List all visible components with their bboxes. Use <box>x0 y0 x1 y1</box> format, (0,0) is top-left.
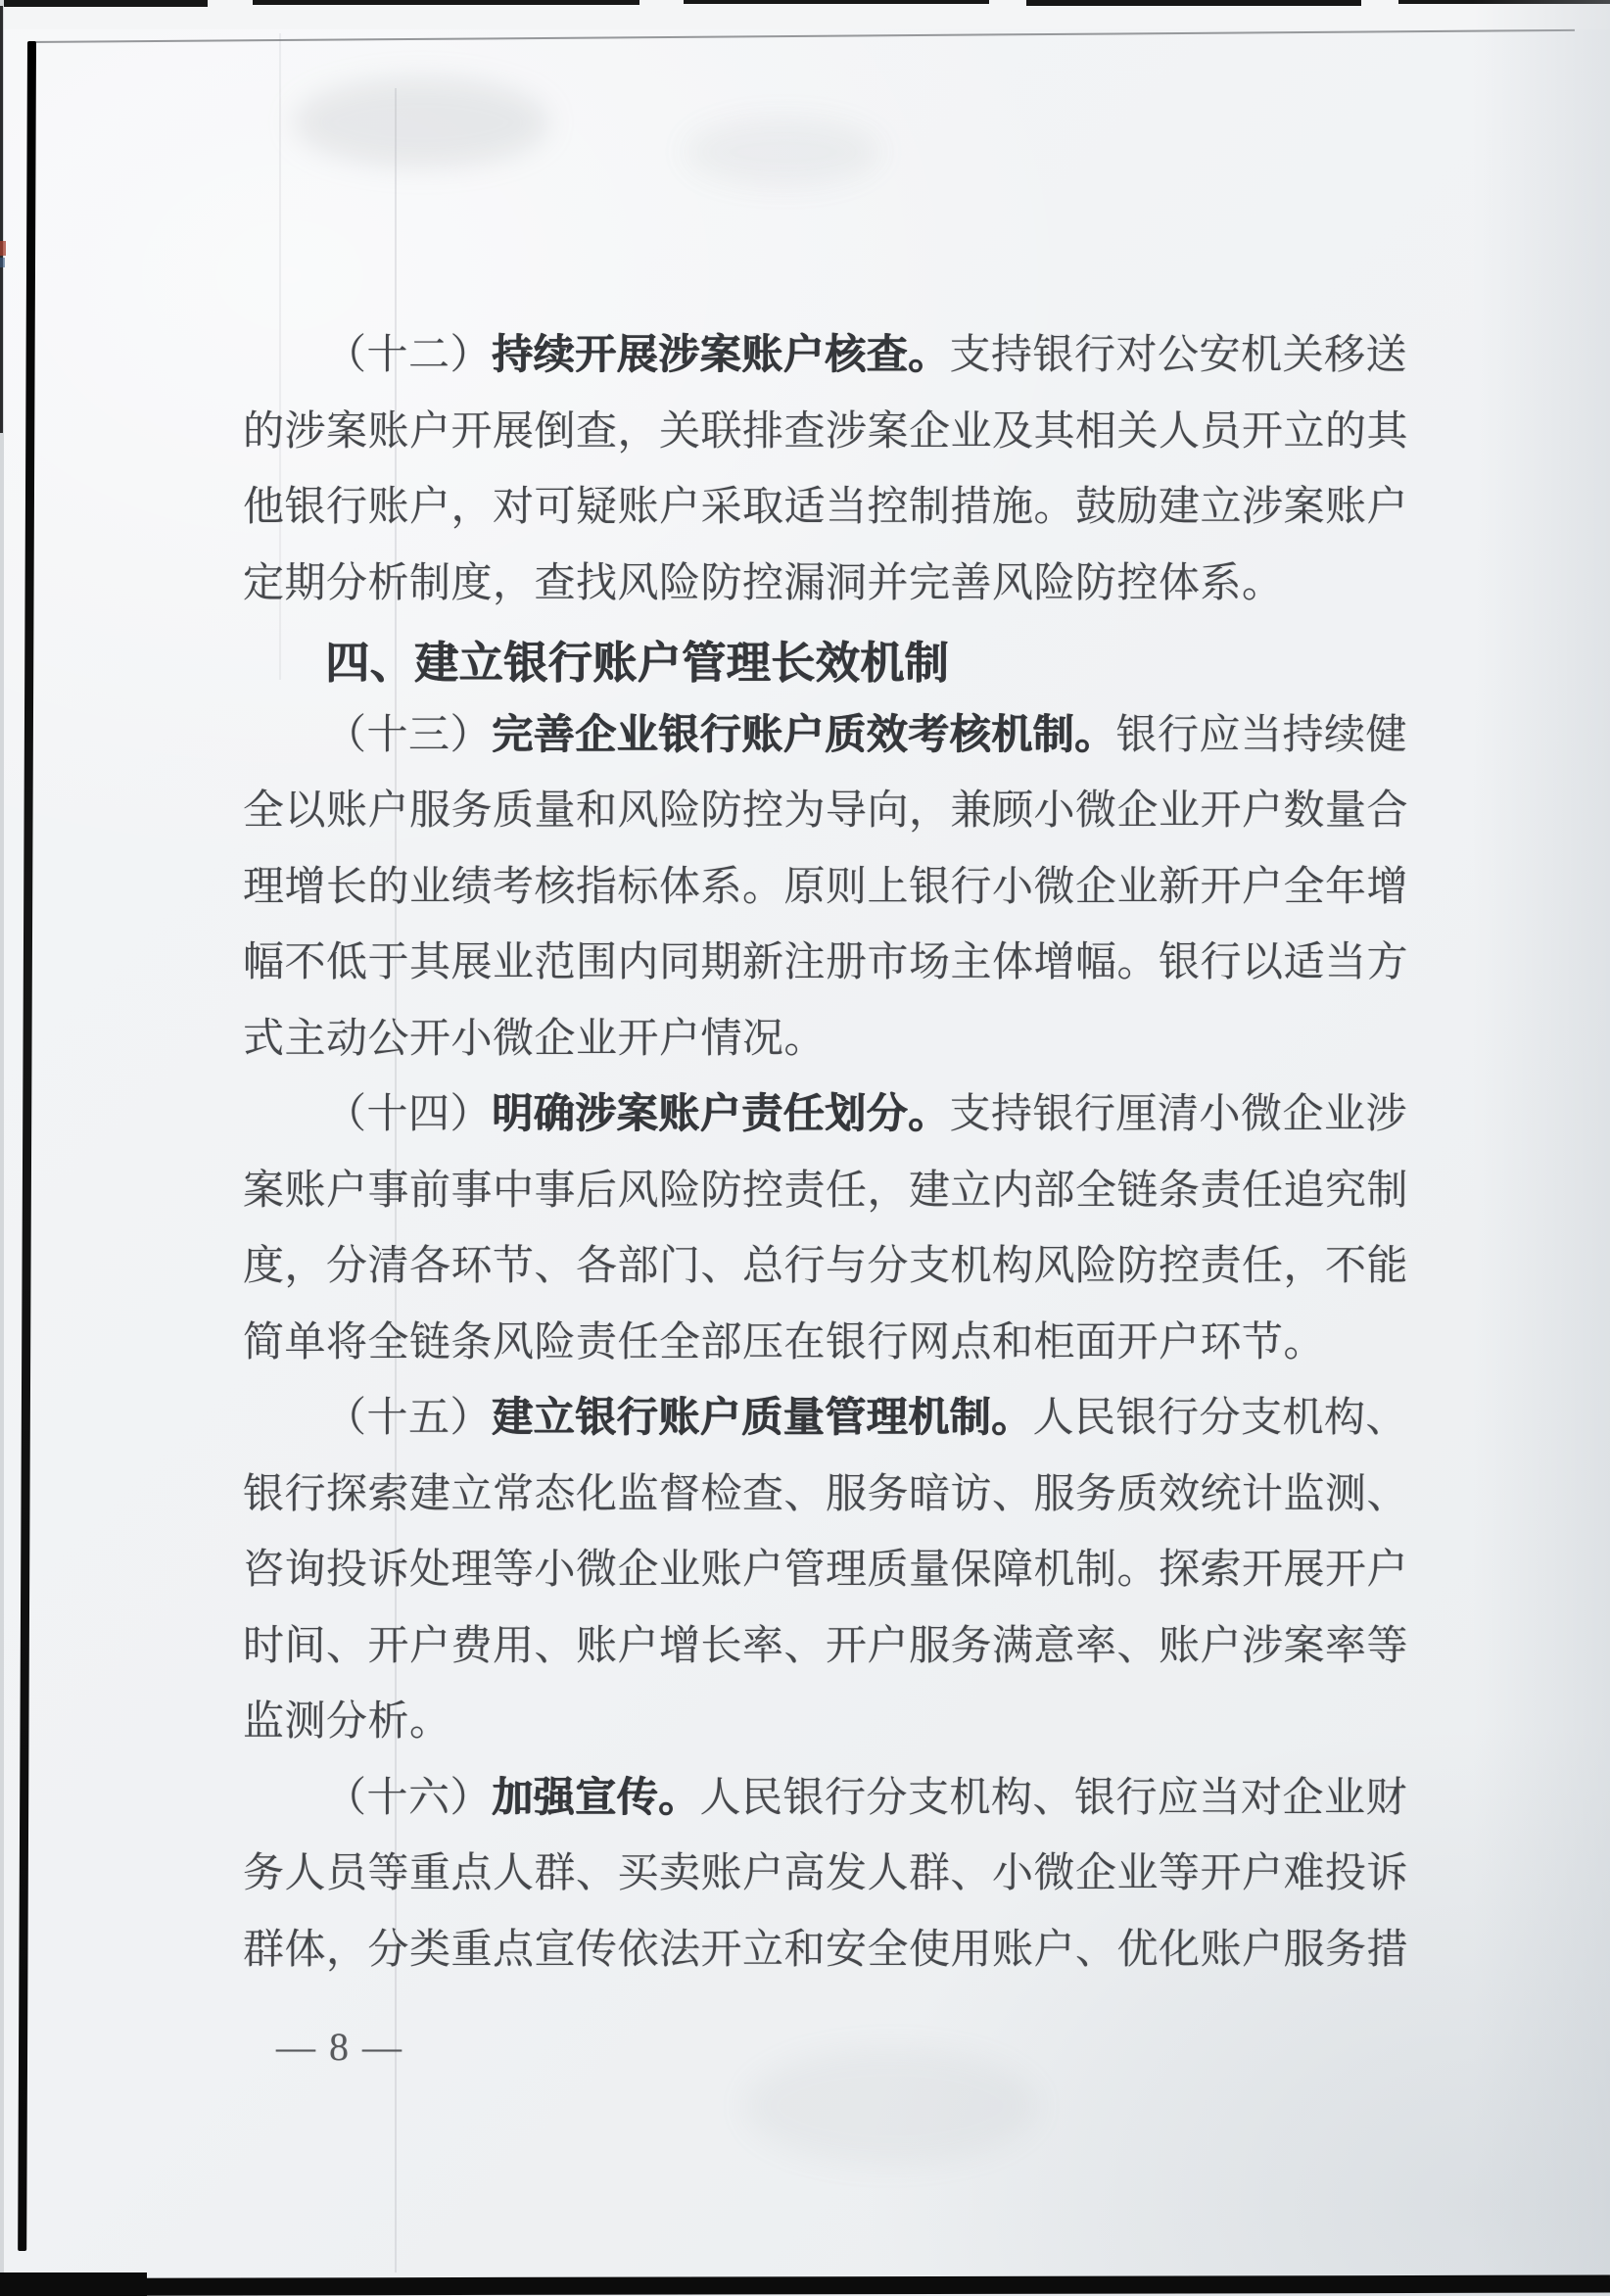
body-text: （十六） <box>325 1776 492 1821</box>
top-edge-mark <box>253 0 639 5</box>
body-text: 支持银行厘清小微企业涉 <box>950 1092 1408 1137</box>
body-text: 咨询投诉处理等小微企业账户管理质量保障机制。探索开展开户 <box>243 1548 1408 1593</box>
text-line: 银行探索建立常态化监督检查、服务暗访、服务质效统计监测、 <box>243 1472 1402 1549</box>
top-edge-mark <box>684 0 989 4</box>
document-page: （十二）持续开展涉案账户核查。支持银行对公安机关移送的涉案账户开展倒查，关联排查… <box>0 0 1610 2296</box>
text-line: （十五）建立银行账户质量管理机制。人民银行分支机构、 <box>243 1396 1402 1472</box>
top-edge-mark <box>0 0 208 7</box>
text-line: （十二）持续开展涉案账户核查。支持银行对公安机关移送 <box>243 333 1402 409</box>
body-text: 理增长的业绩考核指标体系。原则上银行小微企业新开户全年增 <box>243 865 1408 910</box>
left-edge-red-mark <box>0 241 6 256</box>
body-text: 幅不低于其展业范围内同期新注册市场主体增幅。银行以适当方 <box>243 940 1408 985</box>
clause-title-text: 四、建立银行账户管理长效机制 <box>325 638 949 688</box>
body-text: （十三） <box>325 713 492 758</box>
text-line: 务人员等重点人群、买卖账户高发人群、小微企业等开户难投诉 <box>243 1851 1402 1928</box>
scanner-bed-strip <box>0 0 1610 29</box>
text-line: 咨询投诉处理等小微企业账户管理质量保障机制。探索开展开户 <box>243 1548 1402 1624</box>
paper-smudge <box>744 2047 1038 2165</box>
paper-smudge <box>294 78 548 167</box>
body-text: （十五） <box>325 1396 492 1441</box>
left-edge-blue-mark <box>0 258 5 267</box>
page-number: — 8 — <box>276 2024 433 2070</box>
body-text: 简单将全链条风险责任全部压在银行网点和柜面开户环节。 <box>243 1320 1325 1365</box>
text-line: 全以账户服务质量和风险防控为导向，兼顾小微企业开户数量合 <box>243 789 1402 865</box>
text-line: 简单将全链条风险责任全部压在银行网点和柜面开户环节。 <box>243 1320 1402 1397</box>
section-heading: 四、建立银行账户管理长效机制 <box>243 637 1402 713</box>
text-line: （十三）完善企业银行账户质效考核机制。银行应当持续健 <box>243 713 1402 789</box>
body-text: 定期分析制度，查找风险防控漏洞并完善风险防控体系。 <box>243 561 1284 606</box>
text-line: （十六）加强宣传。人民银行分支机构、银行应当对企业财 <box>243 1776 1402 1852</box>
body-text: 支持银行对公安机关移送 <box>950 333 1408 378</box>
paper-smudge <box>686 118 881 186</box>
text-line: 时间、开户费用、账户增长率、开户服务满意率、账户涉案率等 <box>243 1624 1402 1700</box>
body-text: （十四） <box>325 1092 492 1137</box>
body-text: 监测分析。 <box>243 1699 451 1745</box>
text-line: 理增长的业绩考核指标体系。原则上银行小微企业新开户全年增 <box>243 865 1402 941</box>
text-line: 定期分析制度，查找风险防控漏洞并完善风险防控体系。 <box>243 561 1402 638</box>
body-text: 式主动公开小微企业开户情况。 <box>243 1017 826 1062</box>
top-edge-mark <box>1026 0 1361 6</box>
text-block: （十二）持续开展涉案账户核查。支持银行对公安机关移送的涉案账户开展倒查，关联排查… <box>243 333 1402 2003</box>
body-text: 度，分清各环节、各部门、总行与分支机构风险防控责任，不能 <box>243 1244 1408 1289</box>
body-text: 的涉案账户开展倒查，关联排查涉案企业及其相关人员开立的其 <box>243 409 1408 454</box>
text-line: 案账户事前事中事后风险防控责任，建立内部全链条责任追究制 <box>243 1169 1402 1245</box>
text-line: 他银行账户，对可疑账户采取适当控制措施。鼓励建立涉案账户 <box>243 485 1402 561</box>
body-text: 人民银行分支机构、 <box>1033 1396 1408 1441</box>
clause-title-text: 建立银行账户质量管理机制。 <box>492 1396 1033 1441</box>
text-line: 的涉案账户开展倒查，关联排查涉案企业及其相关人员开立的其 <box>243 409 1402 486</box>
binding-scan-bar <box>18 41 36 2251</box>
paper-edge-line <box>29 29 1575 43</box>
body-text: 他银行账户，对可疑账户采取适当控制措施。鼓励建立涉案账户 <box>243 485 1408 530</box>
body-text: 案账户事前事中事后风险防控责任，建立内部全链条责任追究制 <box>243 1169 1408 1214</box>
body-text: 全以账户服务质量和风险防控为导向，兼顾小微企业开户数量合 <box>243 789 1408 834</box>
clause-title-text: 持续开展涉案账户核查。 <box>492 333 950 378</box>
body-text: 人民银行分支机构、银行应当对企业财 <box>700 1776 1408 1821</box>
body-text: （十二） <box>325 333 492 378</box>
body-text: 银行应当持续健 <box>1116 713 1408 758</box>
body-text: 群体，分类重点宣传依法开立和安全使用账户、优化账户服务措 <box>243 1928 1408 1973</box>
text-line: （十四）明确涉案账户责任划分。支持银行厘清小微企业涉 <box>243 1092 1402 1169</box>
body-text: 银行探索建立常态化监督检查、服务暗访、服务质效统计监测、 <box>243 1472 1408 1517</box>
text-line: 式主动公开小微企业开户情况。 <box>243 1017 1402 1093</box>
text-line: 度，分清各环节、各部门、总行与分支机构风险防控责任，不能 <box>243 1244 1402 1320</box>
body-text: 时间、开户费用、账户增长率、开户服务满意率、账户涉案率等 <box>243 1624 1408 1669</box>
bottom-scan-band <box>0 2275 1610 2296</box>
clause-title-text: 完善企业银行账户质效考核机制。 <box>492 713 1116 758</box>
left-edge-dark-line <box>0 6 3 433</box>
clause-title-text: 加强宣传。 <box>492 1776 700 1821</box>
body-text: 务人员等重点人群、买卖账户高发人群、小微企业等开户难投诉 <box>243 1851 1408 1896</box>
right-edge-shading <box>1473 0 1610 2296</box>
clause-title-text: 明确涉案账户责任划分。 <box>492 1092 950 1137</box>
text-line: 幅不低于其展业范围内同期新注册市场主体增幅。银行以适当方 <box>243 940 1402 1017</box>
text-line: 监测分析。 <box>243 1699 1402 1776</box>
text-line: 群体，分类重点宣传依法开立和安全使用账户、优化账户服务措 <box>243 1928 1402 2004</box>
